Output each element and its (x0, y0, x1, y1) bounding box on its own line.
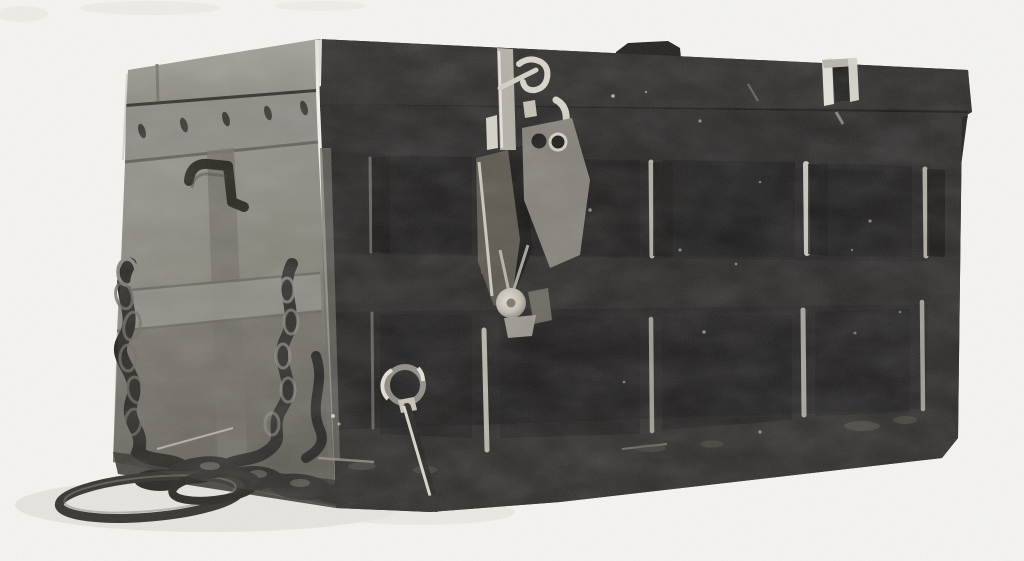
strongbox-photo: Iron strongbox with chains and key (0, 0, 1024, 561)
photo-figure: Iron strongbox with chains and key (0, 0, 1024, 561)
film-grain (0, 0, 1024, 561)
